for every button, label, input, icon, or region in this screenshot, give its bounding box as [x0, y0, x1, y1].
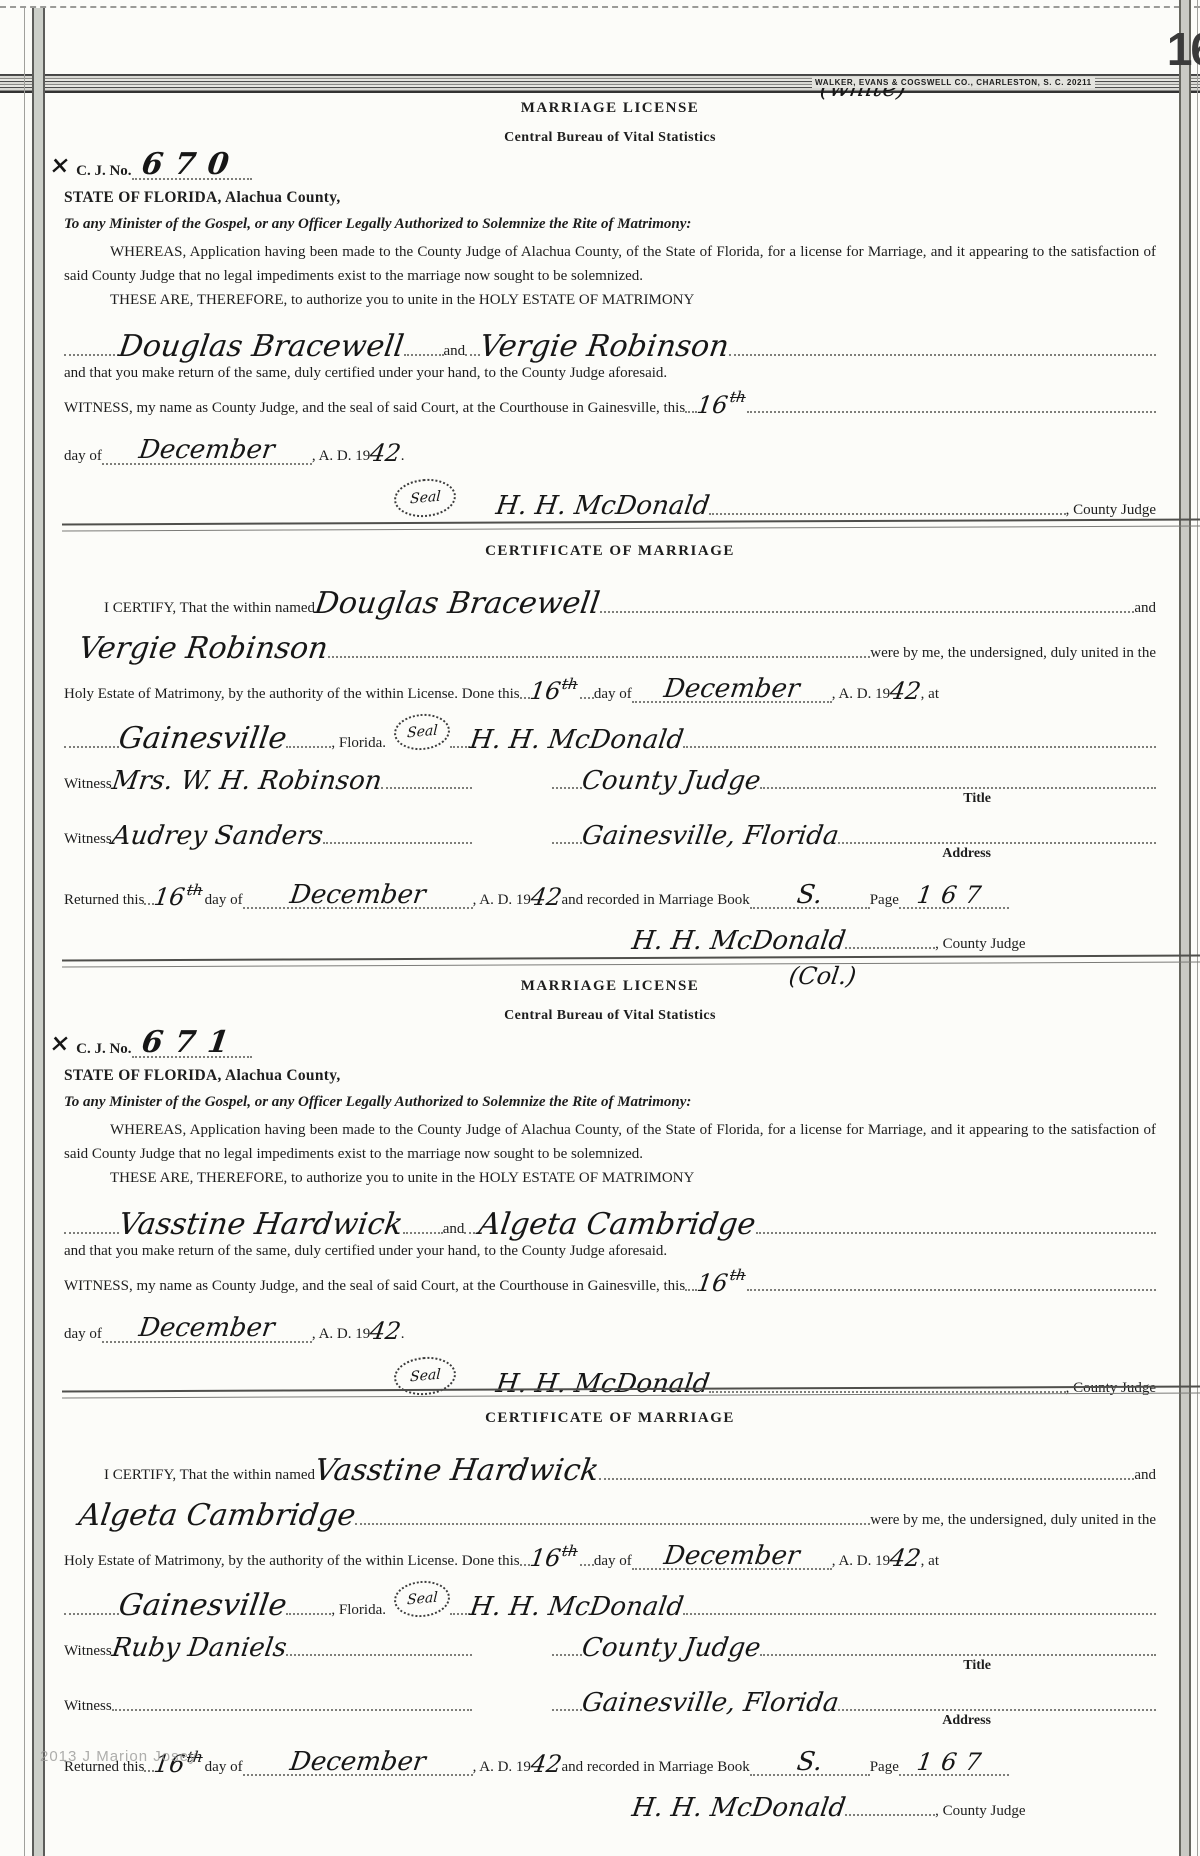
day-number: 16 [153, 887, 187, 909]
address-label: Address [942, 846, 991, 862]
county-judge-label: , County Judge [935, 1803, 1025, 1820]
at-label: , at [921, 686, 939, 703]
recorded-label: and recorded in Marriage Book [561, 892, 749, 909]
state-line: STATE OF FLORIDA, Alachua County, [64, 1067, 1156, 1085]
judge-signature: H. H. McDonald [630, 1797, 847, 1820]
page-number: 167 [916, 885, 992, 907]
section-divider [62, 519, 1200, 532]
month-slot: December [102, 1317, 312, 1342]
day-of-label: day of [205, 1759, 243, 1776]
witness2-row: Witness Audrey Sanders Gainesville, Flor… [64, 812, 1156, 848]
day-of-label: day of [64, 448, 102, 465]
minister-line: To any Minister of the Gospel, or any Of… [64, 216, 1156, 233]
judge-signature-row: H. H. McDonald , County Judge [64, 1780, 1156, 1820]
dotted-leader [683, 742, 1156, 748]
dotted-leader [683, 1609, 1156, 1615]
witness1-row: Witness Mrs. W. H. Robinson County Judge [64, 757, 1156, 793]
month-name: December [138, 1317, 277, 1340]
ad-label: , A. D. 19 [832, 686, 890, 703]
witness-label: Witness [64, 776, 112, 793]
bride-row: Vergie Robinson were by me, the undersig… [64, 620, 1156, 662]
title-label: Title [963, 1658, 991, 1674]
witness2-name: Audrey Sanders [110, 825, 324, 848]
dotted-leader [760, 1650, 1156, 1656]
dotted-leader [64, 1609, 119, 1615]
judge-signature: H. H. McDonald [494, 495, 711, 518]
cj-number-slot: 670 [132, 151, 252, 180]
witness-line: WITNESS, my name as County Judge, and th… [64, 1278, 685, 1295]
title-label: Title [963, 791, 991, 807]
day-of-row: day of December , A. D. 19 42 . [64, 1309, 1156, 1343]
holy-estate-row: Holy Estate of Matrimony, by the authori… [64, 669, 1156, 703]
cj-number-row: × C. J. No. 671 [64, 1029, 1156, 1058]
bureau-subtitle: Central Bureau of Vital Statistics [64, 130, 1156, 146]
ad-label: , A. D. 19 [473, 892, 531, 909]
judge-address: Gainesville, Florida [580, 825, 840, 848]
dotted-leader [286, 1609, 331, 1615]
at-label: , at [921, 1553, 939, 1570]
page-number: 167 [916, 1752, 992, 1774]
dotted-leader [286, 1650, 472, 1656]
groom-name: Vasstine Hardwick [117, 1211, 404, 1238]
day-suffix: th [729, 391, 747, 405]
year-number: 42 [889, 1548, 923, 1570]
dotted-leader [845, 1810, 935, 1816]
seal-label: Seal [409, 490, 440, 505]
bride-name: Algeta Cambridge [477, 1211, 757, 1238]
judge-title-slot: County Judge [552, 770, 1156, 793]
printer-imprint: WALKER, EVANS & COGSWELL CO., CHARLESTON… [812, 77, 1095, 88]
judge-title: County Judge [580, 770, 762, 793]
couple-names-row: Douglas Bracewell and Vergie Robinson [64, 322, 1156, 360]
place-row: Gainesville , Florida. Seal H. H. McDona… [64, 1575, 1156, 1619]
certify-label: I CERTIFY, That the within named [104, 1467, 315, 1484]
return-line: and that you make return of the same, du… [64, 1243, 1156, 1260]
dotted-leader [64, 742, 119, 748]
marriage-license-section-2: MARRIAGE LICENSE (Col.) Central Bureau o… [64, 978, 1156, 1397]
day-number: 16 [528, 681, 562, 703]
month-name: December [662, 1545, 801, 1568]
dotted-leader [112, 1705, 472, 1711]
dotted-leader [450, 1609, 470, 1615]
united-line: were by me, the undersigned, duly united… [870, 1512, 1156, 1529]
dotted-leader [552, 1705, 582, 1711]
witness1-slot: Mrs. W. H. Robinson [112, 770, 472, 793]
month-name: December [288, 1751, 427, 1774]
seal-icon: Seal [393, 1579, 452, 1620]
license-title: MARRIAGE LICENSE [64, 100, 1156, 117]
judge-address-slot: Gainesville, Florida [552, 1692, 1156, 1715]
day-of-label: day of [64, 1326, 102, 1343]
right-binding-line [1179, 0, 1191, 1856]
groom-name: Douglas Bracewell [117, 333, 405, 360]
month-slot: December [243, 1751, 473, 1776]
seal-icon: Seal [392, 476, 457, 519]
dotted-leader [552, 1650, 582, 1656]
month-slot: December [102, 439, 312, 464]
holy-estate-row: Holy Estate of Matrimony, by the authori… [64, 1536, 1156, 1570]
day-of-label: day of [594, 1553, 632, 1570]
witness-date-row: WITNESS, my name as County Judge, and th… [64, 1269, 1156, 1295]
place-name: Gainesville [117, 1592, 288, 1619]
dotted-leader [355, 1519, 870, 1525]
and-word: and [1134, 600, 1156, 617]
county-judge-label: , County Judge [935, 936, 1025, 953]
recorded-label: and recorded in Marriage Book [561, 1759, 749, 1776]
and-word: and [444, 343, 466, 360]
page-slot: 167 [899, 885, 1009, 909]
bride-name: Algeta Cambridge [77, 1502, 357, 1529]
returned-row: Returned this 16 th day of December , A.… [64, 871, 1156, 909]
dotted-leader [580, 1560, 594, 1566]
and-word: and [443, 1221, 465, 1238]
corner-page-number: 16 [1167, 22, 1200, 76]
judge-signature-row: H. H. McDonald , County Judge [64, 913, 1156, 953]
place-name: Gainesville [117, 725, 288, 752]
state-line: STATE OF FLORIDA, Alachua County, [64, 189, 1156, 207]
dotted-leader [450, 742, 470, 748]
ad-label: , A. D. 19 [312, 448, 370, 465]
dotted-leader [323, 838, 472, 844]
dotted-leader [756, 1228, 1156, 1234]
bride-name: Vergie Robinson [77, 635, 329, 662]
florida-label: , Florida. [331, 1602, 386, 1619]
these-line: THESE ARE, THEREFORE, to authorize you t… [64, 292, 1156, 309]
certify-row: I CERTIFY, That the within named Vasstin… [64, 1442, 1156, 1484]
month-slot: December [632, 678, 832, 703]
seal-label: Seal [406, 1591, 437, 1606]
bride-row: Algeta Cambridge were by me, the undersi… [64, 1487, 1156, 1529]
certificate-title: CERTIFICATE OF MARRIAGE [64, 1410, 1156, 1427]
book-letter: S. [795, 884, 823, 907]
witness-line: WITNESS, my name as County Judge, and th… [64, 400, 685, 417]
minister-line: To any Minister of the Gospel, or any Of… [64, 1094, 1156, 1111]
day-of-label: day of [205, 892, 243, 909]
certify-row: I CERTIFY, That the within named Douglas… [64, 575, 1156, 617]
seal-icon: Seal [393, 712, 452, 753]
cj-label: C. J. No. [76, 163, 131, 180]
race-annotation: (Col.) [788, 966, 858, 988]
day-of-label: day of [594, 686, 632, 703]
certificate-title: CERTIFICATE OF MARRIAGE [64, 543, 1156, 560]
dotted-leader [709, 509, 1065, 515]
dotted-leader [552, 783, 582, 789]
page-label: Page [870, 892, 899, 909]
year-number: 42 [529, 887, 563, 909]
day-number: 16 [528, 1548, 562, 1570]
bride-name: Vergie Robinson [478, 333, 730, 360]
left-margin-line [24, 8, 25, 1856]
returned-label: Returned this [64, 892, 144, 909]
judge-signature: H. H. McDonald [630, 930, 847, 953]
dotted-leader [760, 783, 1156, 789]
dotted-leader [64, 1228, 119, 1234]
judge-signature: H. H. McDonald [468, 1596, 685, 1619]
witness2-row: Witness Gainesville, Florida [64, 1679, 1156, 1715]
witness1-name: Ruby Daniels [110, 1637, 288, 1660]
witness1-row: Witness Ruby Daniels County Judge [64, 1624, 1156, 1660]
month-slot: December [632, 1545, 832, 1570]
day-suffix: th [186, 884, 204, 898]
county-judge-label: , County Judge [1066, 502, 1156, 519]
judge-address-slot: Gainesville, Florida [552, 825, 1156, 848]
ad-label: , A. D. 19 [312, 1326, 370, 1343]
cj-number: 671 [134, 1029, 248, 1056]
book-letter: S. [795, 1751, 823, 1774]
dotted-leader [845, 943, 935, 949]
cj-number-slot: 671 [132, 1029, 252, 1058]
dotted-leader [600, 607, 1135, 613]
dotted-leader [552, 838, 582, 844]
license-header: MARRIAGE LICENSE (white) [64, 100, 1156, 117]
day-suffix: th [729, 1269, 747, 1283]
witness-date-row: WITNESS, my name as County Judge, and th… [64, 391, 1156, 417]
dotted-leader [64, 350, 119, 356]
license-header: MARRIAGE LICENSE (Col.) [64, 978, 1156, 995]
dotted-leader [580, 693, 594, 699]
judge-signature: H. H. McDonald [468, 729, 685, 752]
day-suffix: th [561, 678, 579, 692]
whereas-paragraph: WHEREAS, Application having been made to… [64, 1118, 1156, 1167]
seal-label: Seal [409, 1368, 440, 1383]
judge-title: County Judge [580, 1637, 762, 1660]
license-title: MARRIAGE LICENSE [64, 978, 1156, 995]
month-name: December [288, 884, 427, 907]
month-name: December [138, 439, 277, 462]
right-margin-line [1197, 0, 1198, 1856]
left-binding-line [32, 8, 45, 1856]
witness1-name: Mrs. W. H. Robinson [110, 770, 383, 793]
year-number: 42 [889, 681, 923, 703]
section-divider [62, 955, 1200, 968]
dotted-leader [599, 1474, 1135, 1480]
dotted-leader [838, 1705, 1156, 1711]
witness2-slot [112, 1705, 472, 1715]
book-slot: S. [750, 884, 870, 909]
certificate-section-1: CERTIFICATE OF MARRIAGE I CERTIFY, That … [64, 543, 1156, 953]
month-slot: December [243, 884, 473, 909]
cj-number: 670 [134, 151, 248, 178]
witness1-slot: Ruby Daniels [112, 1637, 472, 1660]
cj-label: C. J. No. [76, 1041, 131, 1058]
dotted-leader [381, 783, 471, 789]
couple-names-row: Vasstine Hardwick and Algeta Cambridge [64, 1200, 1156, 1238]
these-line: THESE ARE, THEREFORE, to authorize you t… [64, 1170, 1156, 1187]
dotted-leader [729, 350, 1156, 356]
day-number: 16 [696, 395, 730, 417]
marriage-license-section-1: MARRIAGE LICENSE (white) Central Bureau … [64, 100, 1156, 519]
bureau-subtitle: Central Bureau of Vital Statistics [64, 1008, 1156, 1024]
month-name: December [662, 678, 801, 701]
witness2-slot: Audrey Sanders [112, 825, 472, 848]
scanned-marriage-register-page: WALKER, EVANS & COGSWELL CO., CHARLESTON… [0, 0, 1200, 1856]
day-of-row: day of December , A. D. 19 42 . [64, 431, 1156, 465]
whereas-paragraph: WHEREAS, Application having been made to… [64, 240, 1156, 289]
year-number: 42 [529, 1754, 563, 1776]
watermark: 2013 J Marion Josey [40, 1748, 197, 1765]
dotted-leader [838, 838, 1156, 844]
certificate-section-2: CERTIFICATE OF MARRIAGE I CERTIFY, That … [64, 1410, 1156, 1820]
dotted-leader [328, 652, 871, 658]
ad-label: , A. D. 19 [832, 1553, 890, 1570]
united-line: were by me, the undersigned, duly united… [870, 645, 1156, 662]
return-line: and that you make return of the same, du… [64, 365, 1156, 382]
judge-title-slot: County Judge [552, 1637, 1156, 1660]
day-number: 16 [696, 1273, 730, 1295]
and-word: and [1134, 1467, 1156, 1484]
dotted-leader [404, 350, 444, 356]
witness-label: Witness [64, 1698, 112, 1715]
witness-label: Witness [64, 1643, 112, 1660]
page-slot: 167 [899, 1752, 1009, 1776]
seal-signature-row: Seal H. H. McDonald , County Judge [64, 473, 1156, 519]
dotted-leader [286, 742, 331, 748]
holy-line: Holy Estate of Matrimony, by the authori… [64, 1553, 520, 1570]
ad-label: , A. D. 19 [473, 1759, 531, 1776]
x-mark-icon: × [48, 154, 71, 176]
dotted-leader [403, 1228, 443, 1234]
place-row: Gainesville , Florida. Seal H. H. McDona… [64, 708, 1156, 752]
witness-label: Witness [64, 831, 112, 848]
book-slot: S. [750, 1751, 870, 1776]
day-suffix: th [561, 1545, 579, 1559]
cj-number-row: × C. J. No. 670 [64, 151, 1156, 180]
groom-name: Douglas Bracewell [313, 590, 601, 617]
florida-label: , Florida. [331, 735, 386, 752]
seal-label: Seal [406, 724, 437, 739]
dotted-leader [747, 1285, 1156, 1291]
dotted-leader [747, 407, 1156, 413]
year-number: 42 [369, 1321, 403, 1343]
address-label: Address [942, 1713, 991, 1729]
year-number: 42 [369, 443, 403, 465]
top-dashed-rule [0, 6, 1200, 8]
holy-line: Holy Estate of Matrimony, by the authori… [64, 686, 520, 703]
judge-address: Gainesville, Florida [580, 1692, 840, 1715]
certify-label: I CERTIFY, That the within named [104, 600, 315, 617]
x-mark-icon: × [48, 1032, 71, 1054]
page-label: Page [870, 1759, 899, 1776]
returned-row: Returned this 16 th day of December , A.… [64, 1738, 1156, 1776]
groom-name: Vasstine Hardwick [313, 1457, 600, 1484]
